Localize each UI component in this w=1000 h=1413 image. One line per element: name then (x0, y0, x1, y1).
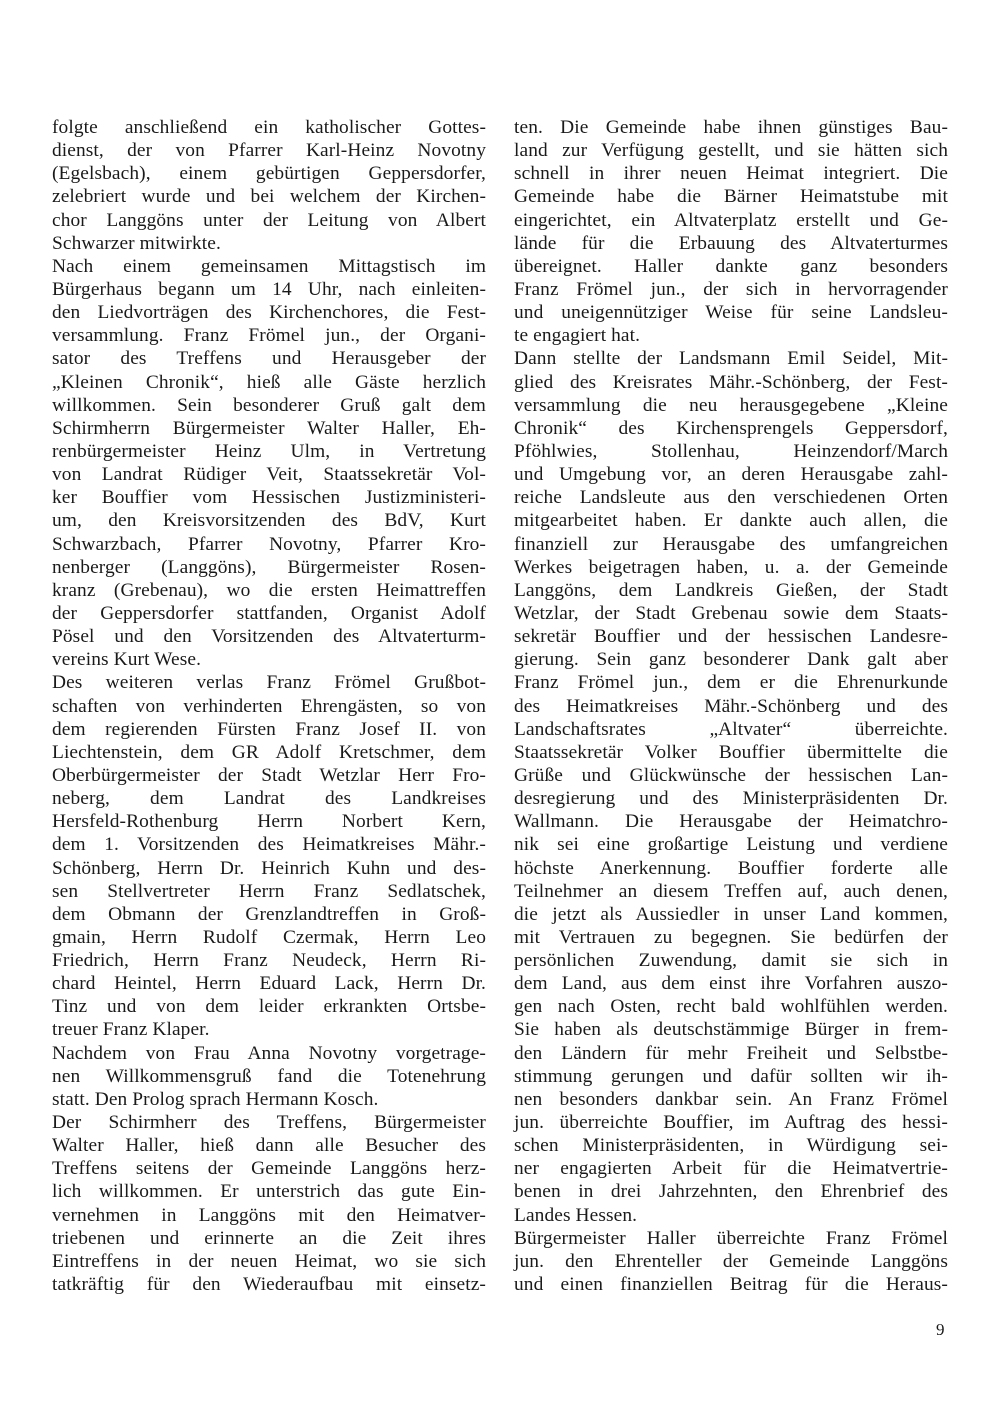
text-line: Franz Frömel jun., der sich in hervorrag… (514, 278, 948, 301)
text-line: sator des Treffens und Herausgeber der (52, 347, 486, 370)
text-line: versammlung die neu herausgegebene „Klei… (514, 394, 948, 417)
text-line: die jetzt als Aussiedler in unser Land k… (514, 903, 948, 926)
text-line: gmain, Herrn Rudolf Czermak, Herrn Leo (52, 926, 486, 949)
text-line: Gemeinde habe die Bärner Heimatstube mit (514, 185, 948, 208)
text-line: Schwarzbach, Pfarrer Novotny, Pfarrer Kr… (52, 533, 486, 556)
text-line: und einen finanziellen Beitrag für die H… (514, 1273, 948, 1296)
text-line: Landes Hessen. (514, 1204, 948, 1227)
text-line: Langgöns, dem Landkreis Gießen, der Stad… (514, 579, 948, 602)
text-line: glied des Kreisrates Mähr.-Schönberg, de… (514, 371, 948, 394)
text-line: neberg, dem Landrat des Landkreises (52, 787, 486, 810)
text-line: versammlung. Franz Frömel jun., der Orga… (52, 324, 486, 347)
text-line: schen Ministerpräsidenten, in Würdigung … (514, 1134, 948, 1157)
text-line: Chronik“ des Kirchensprengels Geppersdor… (514, 417, 948, 440)
text-line: Staatssekretär Volker Bouffier übermitte… (514, 741, 948, 764)
text-line: Nach einem gemeinsamen Mittagstisch im (52, 255, 486, 278)
text-line: Nachdem von Frau Anna Novotny vorgetrage… (52, 1042, 486, 1065)
text-line: Wetzlar, der Stadt Grebenau sowie dem St… (514, 602, 948, 625)
text-line: benen in drei Jahrzehnten, den Ehrenbrie… (514, 1180, 948, 1203)
text-line: dem regierenden Fürsten Franz Josef II. … (52, 718, 486, 741)
text-line: finanziell zur Herausgabe des umfangreic… (514, 533, 948, 556)
text-line: Tinz und von dem leider erkrankten Ortsb… (52, 995, 486, 1018)
text-line: Werkes beigetragen haben, u. a. der Geme… (514, 556, 948, 579)
text-line: von Landrat Rüdiger Veit, Staatssekretär… (52, 463, 486, 486)
text-line: statt. Den Prolog sprach Hermann Kosch. (52, 1088, 486, 1111)
text-line: nik sei eine großartige Leistung und ver… (514, 833, 948, 856)
text-column-left: folgte anschließend ein katholischer Got… (52, 116, 486, 1296)
text-line: den Ländern für mehr Freiheit und Selbst… (514, 1042, 948, 1065)
text-line: persönlichen Zuwendung, damit sie sich i… (514, 949, 948, 972)
text-line: renbürgermeister Heinz Ulm, in Vertretun… (52, 440, 486, 463)
text-line: Schirmherrn Bürgermeister Walter Haller,… (52, 417, 486, 440)
text-line: Eintreffens in der neuen Heimat, wo sie … (52, 1250, 486, 1273)
text-line: sekretär Bouffier und der hessischen Lan… (514, 625, 948, 648)
text-line: Der Schirmherr des Treffens, Bürgermeist… (52, 1111, 486, 1134)
text-line: Teilnehmer an diesem Treffen auf, auch d… (514, 880, 948, 903)
text-line: des Heimatkreises Mähr.-Schönberg und de… (514, 695, 948, 718)
text-line: (Egelsbach), einem gebürtigen Geppersdor… (52, 162, 486, 185)
text-line: und Umgebung vor, an deren Herausgabe za… (514, 463, 948, 486)
text-line: nen besonders dankbar sein. An Franz Frö… (514, 1088, 948, 1111)
text-line: Friedrich, Herrn Franz Neudeck, Herrn Ri… (52, 949, 486, 972)
text-line: gen nach Osten, recht bald wohlfühlen we… (514, 995, 948, 1018)
text-line: Pösel und den Vorsitzenden des Altvatert… (52, 625, 486, 648)
text-line: triebenen und erinnerte an die Zeit ihre… (52, 1227, 486, 1250)
text-line: Landschaftsrates „Altvater“ überreichte. (514, 718, 948, 741)
text-line: lände für die Erbauung des Altvaterturme… (514, 232, 948, 255)
text-line: „Kleinen Chronik“, hieß alle Gäste herzl… (52, 371, 486, 394)
text-line: übereignet. Haller dankte ganz besonders (514, 255, 948, 278)
text-line: Bürgerhaus begann um 14 Uhr, nach einlei… (52, 278, 486, 301)
text-line: um, den Kreisvorsitzenden des BdV, Kurt (52, 509, 486, 532)
text-line: ner engagierten Arbeit für die Heimatver… (514, 1157, 948, 1180)
text-line: lich willkommen. Er unterstrich das gute… (52, 1180, 486, 1203)
text-line: folgte anschließend ein katholischer Got… (52, 116, 486, 139)
text-line: Walter Haller, hieß dann alle Besucher d… (52, 1134, 486, 1157)
text-line: mit Vertrauen zu begegnen. Sie bedürfen … (514, 926, 948, 949)
text-line: kranz (Grebenau), wo die ersten Heimattr… (52, 579, 486, 602)
text-line: sen Stellvertreter Herrn Franz Sedlatsch… (52, 880, 486, 903)
text-line: Grüße und Glückwünsche der hessischen La… (514, 764, 948, 787)
text-line: Schönberg, Herrn Dr. Heinrich Kuhn und d… (52, 857, 486, 880)
text-line: Oberbürgermeister der Stadt Wetzlar Herr… (52, 764, 486, 787)
text-line: desregierung und des Ministerpräsidenten… (514, 787, 948, 810)
text-line: nen Willkommensgruß fand die Totenehrung (52, 1065, 486, 1088)
text-line: ten. Die Gemeinde habe ihnen günstiges B… (514, 116, 948, 139)
text-line: Wallmann. Die Herausgabe der Heimatchro- (514, 810, 948, 833)
text-column-right: ten. Die Gemeinde habe ihnen günstiges B… (514, 116, 948, 1296)
text-line: und uneigennütziger Weise für seine Land… (514, 301, 948, 324)
text-line: reiche Landsleute aus den verschiedenen … (514, 486, 948, 509)
text-line: chor Langgöns unter der Leitung von Albe… (52, 209, 486, 232)
text-line: gierung. Sein ganz besonderer Dank galt … (514, 648, 948, 671)
text-line: treuer Franz Klaper. (52, 1018, 486, 1041)
text-line: ker Bouffier vom Hessischen Justizminist… (52, 486, 486, 509)
text-line: Sie haben als deutschstämmige Bürger in … (514, 1018, 948, 1041)
text-line: den Liedvorträgen des Kirchenchores, die… (52, 301, 486, 324)
text-line: Franz Frömel jun., dem er die Ehrenurkun… (514, 671, 948, 694)
text-line: Liechtenstein, dem GR Adolf Kretschmer, … (52, 741, 486, 764)
text-line: zelebriert wurde und bei welchem der Kir… (52, 185, 486, 208)
page-number: 9 (936, 1320, 945, 1340)
text-line: willkommen. Sein besonderer Gruß galt de… (52, 394, 486, 417)
text-line: schaften von verhinderten Ehrengästen, s… (52, 695, 486, 718)
text-line: nenberger (Langgöns), Bürgermeister Rose… (52, 556, 486, 579)
text-line: te engagiert hat. (514, 324, 948, 347)
text-line: land zur Verfügung gestellt, und sie hät… (514, 139, 948, 162)
text-line: tatkräftig für den Wiederaufbau mit eins… (52, 1273, 486, 1296)
text-line: dem Obmann der Grenzlandtreffen in Groß- (52, 903, 486, 926)
text-line: schnell in ihrer neuen Heimat integriert… (514, 162, 948, 185)
text-line: Hersfeld-Rothenburg Herrn Norbert Kern, (52, 810, 486, 833)
text-line: Dann stellte der Landsmann Emil Seidel, … (514, 347, 948, 370)
text-line: mitgearbeitet haben. Er dankte auch alle… (514, 509, 948, 532)
text-line: höchste Anerkennung. Bouffier forderte a… (514, 857, 948, 880)
text-line: chard Heintel, Herrn Eduard Lack, Herrn … (52, 972, 486, 995)
text-line: eingerichtet, ein Altvaterplatz erstellt… (514, 209, 948, 232)
text-line: jun. überreichte Bouffier, im Auftrag de… (514, 1111, 948, 1134)
text-line: vernehmen in Langgöns mit den Heimatver- (52, 1204, 486, 1227)
text-line: dienst, der von Pfarrer Karl-Heinz Novot… (52, 139, 486, 162)
text-line: Schwarzer mitwirkte. (52, 232, 486, 255)
text-line: jun. den Ehrenteller der Gemeinde Langgö… (514, 1250, 948, 1273)
text-line: vereins Kurt Wese. (52, 648, 486, 671)
text-line: der Geppersdorfer stattfanden, Organist … (52, 602, 486, 625)
text-line: Des weiteren verlas Franz Frömel Grußbot… (52, 671, 486, 694)
text-line: Bürgermeister Haller überreichte Franz F… (514, 1227, 948, 1250)
text-line: Pföhlwies, Stollenhau, Heinzendorf/March (514, 440, 948, 463)
text-line: dem Land, aus dem einst ihre Vorfahren a… (514, 972, 948, 995)
text-line: dem 1. Vorsitzenden des Heimatkreises Mä… (52, 833, 486, 856)
text-line: stimmung gerungen und dafür sollten wir … (514, 1065, 948, 1088)
text-line: Treffens seitens der Gemeinde Langgöns h… (52, 1157, 486, 1180)
